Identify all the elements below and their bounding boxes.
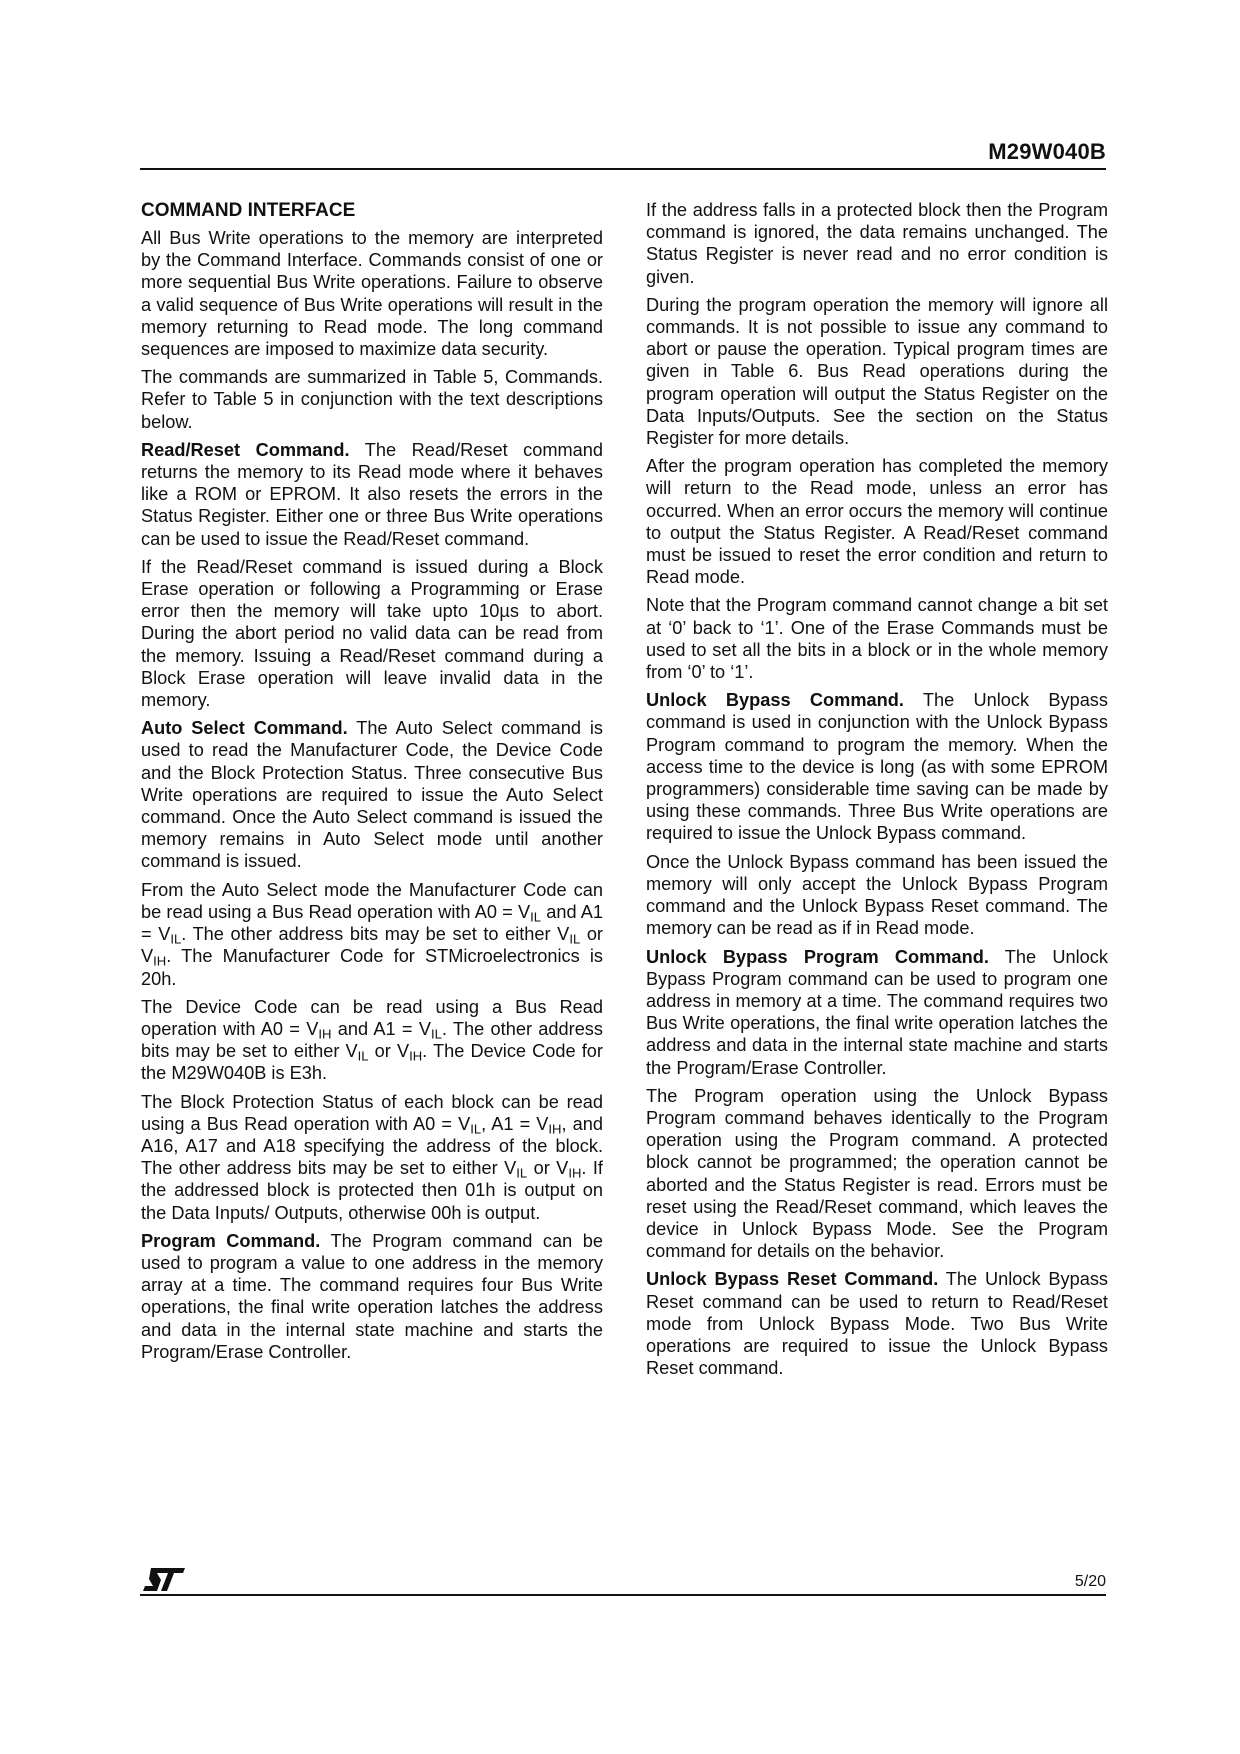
header-divider	[140, 168, 1106, 170]
subsection-title: Unlock Bypass Program Command.	[646, 947, 989, 967]
paragraph: During the program operation the memory …	[646, 294, 1108, 449]
paragraph: If the Read/Reset command is issued duri…	[141, 556, 603, 711]
st-logo-icon	[141, 1566, 187, 1592]
subsection-title: Unlock Bypass Command.	[646, 690, 904, 710]
paragraph: All Bus Write operations to the memory a…	[141, 227, 603, 360]
subsection-title: Read/Reset Command.	[141, 440, 350, 460]
section-title: COMMAND INTERFACE	[141, 199, 603, 223]
paragraph: Once the Unlock Bypass command has been …	[646, 851, 1108, 940]
right-column: If the address falls in a protected bloc…	[646, 199, 1108, 1385]
paragraph: Read/Reset Command. The Read/Reset comma…	[141, 439, 603, 550]
paragraph: Program Command. The Program command can…	[141, 1230, 603, 1363]
footer-divider	[140, 1594, 1106, 1596]
paragraph: If the address falls in a protected bloc…	[646, 199, 1108, 288]
paragraph: The Block Protection Status of each bloc…	[141, 1091, 603, 1224]
paragraph: Unlock Bypass Command. The Unlock Bypass…	[646, 689, 1108, 844]
paragraph: From the Auto Select mode the Manufactur…	[141, 879, 603, 990]
paragraph: The Device Code can be read using a Bus …	[141, 996, 603, 1085]
paragraph: The Program operation using the Unlock B…	[646, 1085, 1108, 1263]
paragraph: Note that the Program command cannot cha…	[646, 594, 1108, 683]
subsection-title: Unlock Bypass Reset Command.	[646, 1269, 938, 1289]
document-part-number: M29W040B	[988, 139, 1106, 165]
paragraph: The commands are summarized in Table 5, …	[141, 366, 603, 433]
left-column: COMMAND INTERFACE All Bus Write operatio…	[141, 199, 603, 1369]
page-number: 5/20	[1075, 1573, 1106, 1591]
paragraph: Unlock Bypass Program Command. The Unloc…	[646, 946, 1108, 1079]
subsection-title: Program Command.	[141, 1231, 320, 1251]
subsection-title: Auto Select Command.	[141, 718, 348, 738]
paragraph: Unlock Bypass Reset Command. The Unlock …	[646, 1268, 1108, 1379]
paragraph: Auto Select Command. The Auto Select com…	[141, 717, 603, 872]
paragraph: After the program operation has complete…	[646, 455, 1108, 588]
